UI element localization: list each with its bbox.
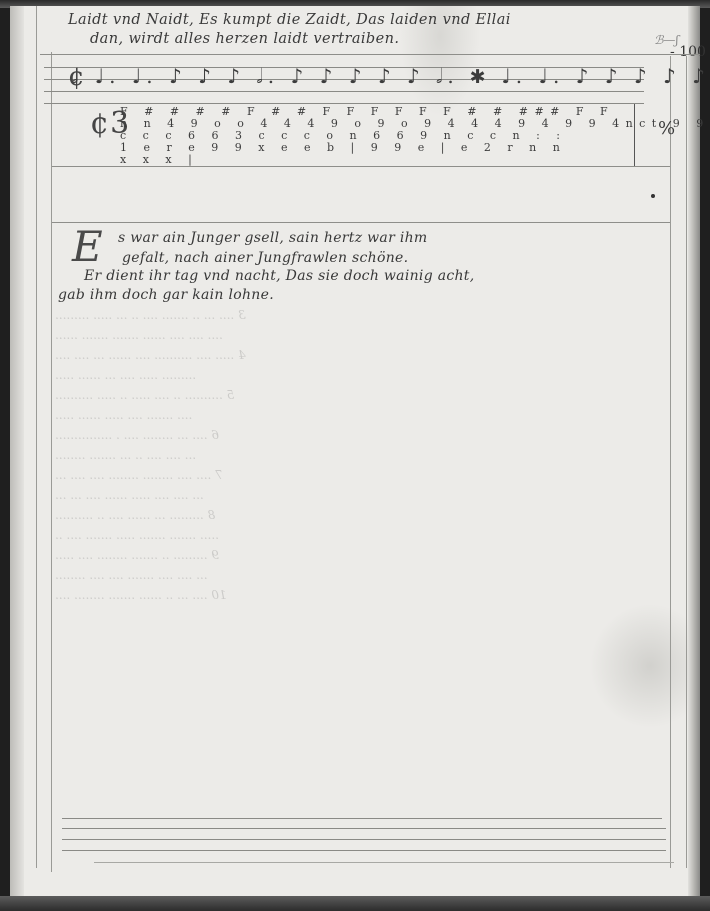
bleed-through-line: 8 ......... ... ...... .... .. .........… [55, 508, 215, 522]
folio-prefix: - [670, 44, 675, 60]
empty-staff-line-1 [62, 818, 662, 819]
folio-number: - 100 [670, 44, 706, 60]
bleed-through-line: 4 ..... .... .......... .... ...... ... … [55, 348, 246, 362]
staff-top-rule [40, 54, 700, 55]
bleed-through-line: ... .... .... ..... ...... .... ... ... [55, 488, 204, 502]
staff-line-4 [44, 103, 644, 104]
heading-line-2: dan, wirdt alles herzen laidt vertraiben… [90, 31, 399, 47]
empty-staff-line-5 [94, 862, 674, 863]
bleed-through-line: 5 .......... .. .... ..... .. ..... ....… [55, 388, 234, 402]
bleed-through-line: ..... ....... ....... ..... ....... ....… [55, 528, 219, 542]
bleed-through-line: .... ....... .... ..... ...... ..... [55, 408, 192, 422]
bleed-through-line: ......... ..... .... ... ...... ..... [55, 368, 196, 382]
bleed-through-line: .... .... .... ...... ....... ....... ..… [55, 328, 223, 342]
staff-bottom-rule [52, 166, 670, 167]
verse-initial: E [72, 222, 103, 271]
empty-staff-line-2 [62, 828, 666, 829]
bleed-through-line: 3 .... ... .. ....... .... .. ... ..... … [55, 308, 246, 322]
heading-line-1: Laidt vnd Naidt, Es kumpt die Zaidt, Das… [68, 12, 511, 28]
margin-rule-left [51, 52, 52, 872]
manuscript-page: Laidt vnd Naidt, Es kumpt die Zaidt, Das… [10, 6, 700, 896]
margin-rule-right [670, 56, 671, 868]
scan-bottom-edge [0, 896, 710, 911]
empty-staff-line-4 [62, 850, 666, 851]
bleed-through-line: 7 .... .... ........ ........ .... .... … [55, 468, 223, 482]
bleed-through-line: 9 ......... .. ....... ........ .... ...… [55, 548, 219, 562]
verse-top-rule [52, 222, 670, 223]
empty-staff-line-3 [62, 839, 666, 840]
verse-line-3: Er dient ihr tag vnd nacht, Das sie doch… [84, 268, 474, 284]
folio-value: 100 [679, 44, 706, 60]
rhythm-signs: 𝅗𝅥 ♩. ♩. ♪ ♪ ♪ 𝅗𝅥. ♪ ♪ ♪ ♪ ♪ 𝅗𝅥. ✱ ♩. ♩.… [72, 64, 710, 88]
bleed-through-line: ... .... .... .. ... ....... ........ [55, 448, 196, 462]
ink-dot [651, 194, 655, 198]
bleed-through-line: 6 .... ... ........ .... . .............… [55, 428, 219, 442]
binding-gutter [10, 6, 24, 896]
margin-rule-left-outer [36, 6, 37, 868]
verse-line-4: gab ihm doch gar kain lohne. [58, 287, 274, 303]
final-barline [634, 104, 635, 166]
verse-line-1: s war ain Junger gsell, sain hertz war i… [118, 230, 427, 246]
staff-line-3 [44, 91, 644, 92]
verse-line-2: gefalt, nach ainer Jungfrawlen schöne. [122, 250, 408, 266]
margin-rule-right-outer [686, 56, 687, 868]
tablature-row-4: x x x | [120, 153, 198, 166]
page-right-edge [688, 6, 700, 896]
bleed-through-line: ... .... .... ....... .... .... ........ [55, 568, 208, 582]
bleed-through-line: 10 .... ... .. ...... ....... ........ .… [55, 588, 227, 602]
repeat-sign: % [658, 118, 676, 139]
